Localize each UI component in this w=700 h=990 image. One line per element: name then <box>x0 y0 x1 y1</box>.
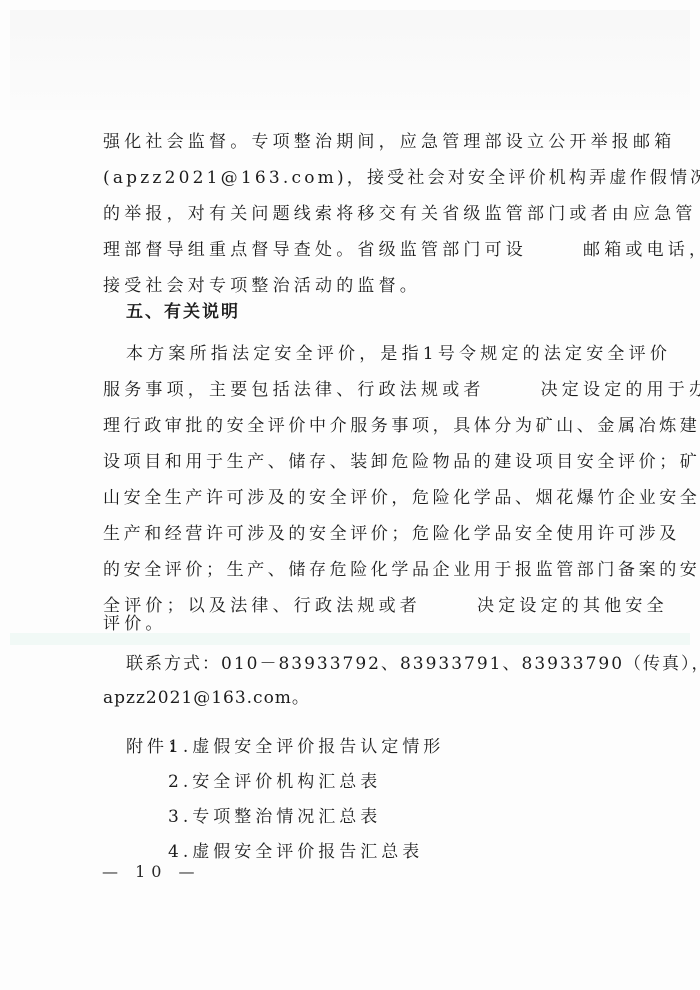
section-heading: 五、有关说明 <box>126 302 700 322</box>
attachment-item: 3.专项整治情况汇总表 <box>168 807 381 827</box>
paragraph-line: 接受社会对专项整治活动的监督。 <box>103 276 700 296</box>
scan-artifact <box>10 10 690 110</box>
paragraph-line: 强化社会监督。专项整治期间，应急管理部设立公开举报邮箱 <box>103 132 700 152</box>
paragraph-line: 全评价；以及法律、行政法规或者决定设定的其他安全 <box>103 596 700 616</box>
scan-artifact <box>10 633 690 645</box>
paragraph-line: 设项目和用于生产、储存、装卸危险物品的建设项目安全评价；矿 <box>103 452 700 472</box>
attachment-item: 1.虚假安全评价报告认定情形 <box>168 737 444 757</box>
text-segment: 理部督导组重点督导查处。省级监管部门可设 <box>103 240 527 260</box>
paragraph-line: 本方案所指法定安全评价，是指1号令规定的法定安全评价 <box>126 344 700 364</box>
text-segment: 服务事项，主要包括法律、行政法规或者 <box>103 380 485 400</box>
paragraph-line: 的举报，对有关问题线索将移交有关省级监管部门或者由应急管 <box>103 204 700 224</box>
contact-email: apzz2021@163.com。 <box>103 688 700 708</box>
attachment-item: 2.安全评价机构汇总表 <box>168 772 381 792</box>
paragraph-line: 理部督导组重点督导查处。省级监管部门可设邮箱或电话， <box>103 240 700 260</box>
text-segment: 全评价；以及法律、行政法规或者 <box>103 596 421 616</box>
contact-line: 联系方式：010－83933792、83933791、83933790（传真）， <box>126 654 700 674</box>
text-segment: 决定设定的其他安全 <box>477 596 668 616</box>
text-segment: 决定设定的用于办 <box>541 380 700 400</box>
page-number: — 10 — <box>102 862 201 881</box>
text-segment: 邮箱或电话， <box>583 240 700 260</box>
attachment-item: 4.虚假安全评价报告汇总表 <box>168 842 423 862</box>
paragraph-line: 评价。 <box>103 614 700 634</box>
paragraph-line: 生产和经营许可涉及的安全评价；危险化学品安全使用许可涉及 <box>103 524 700 544</box>
paragraph-line: 的安全评价；生产、储存危险化学品企业用于报监管部门备案的安 <box>103 560 700 580</box>
document-page: 强化社会监督。专项整治期间，应急管理部设立公开举报邮箱 (apzz2021@16… <box>0 0 700 990</box>
paragraph-line: 山安全生产许可涉及的安全评价，危险化学品、烟花爆竹企业安全 <box>103 488 700 508</box>
paragraph-line: (apzz2021@163.com)，接受社会对安全评价机构弄虚作假情况 <box>103 168 700 188</box>
paragraph-line: 服务事项，主要包括法律、行政法规或者决定设定的用于办 <box>103 380 700 400</box>
paragraph-line: 理行政审批的安全评价中介服务事项，具体分为矿山、金属冶炼建 <box>103 416 700 436</box>
